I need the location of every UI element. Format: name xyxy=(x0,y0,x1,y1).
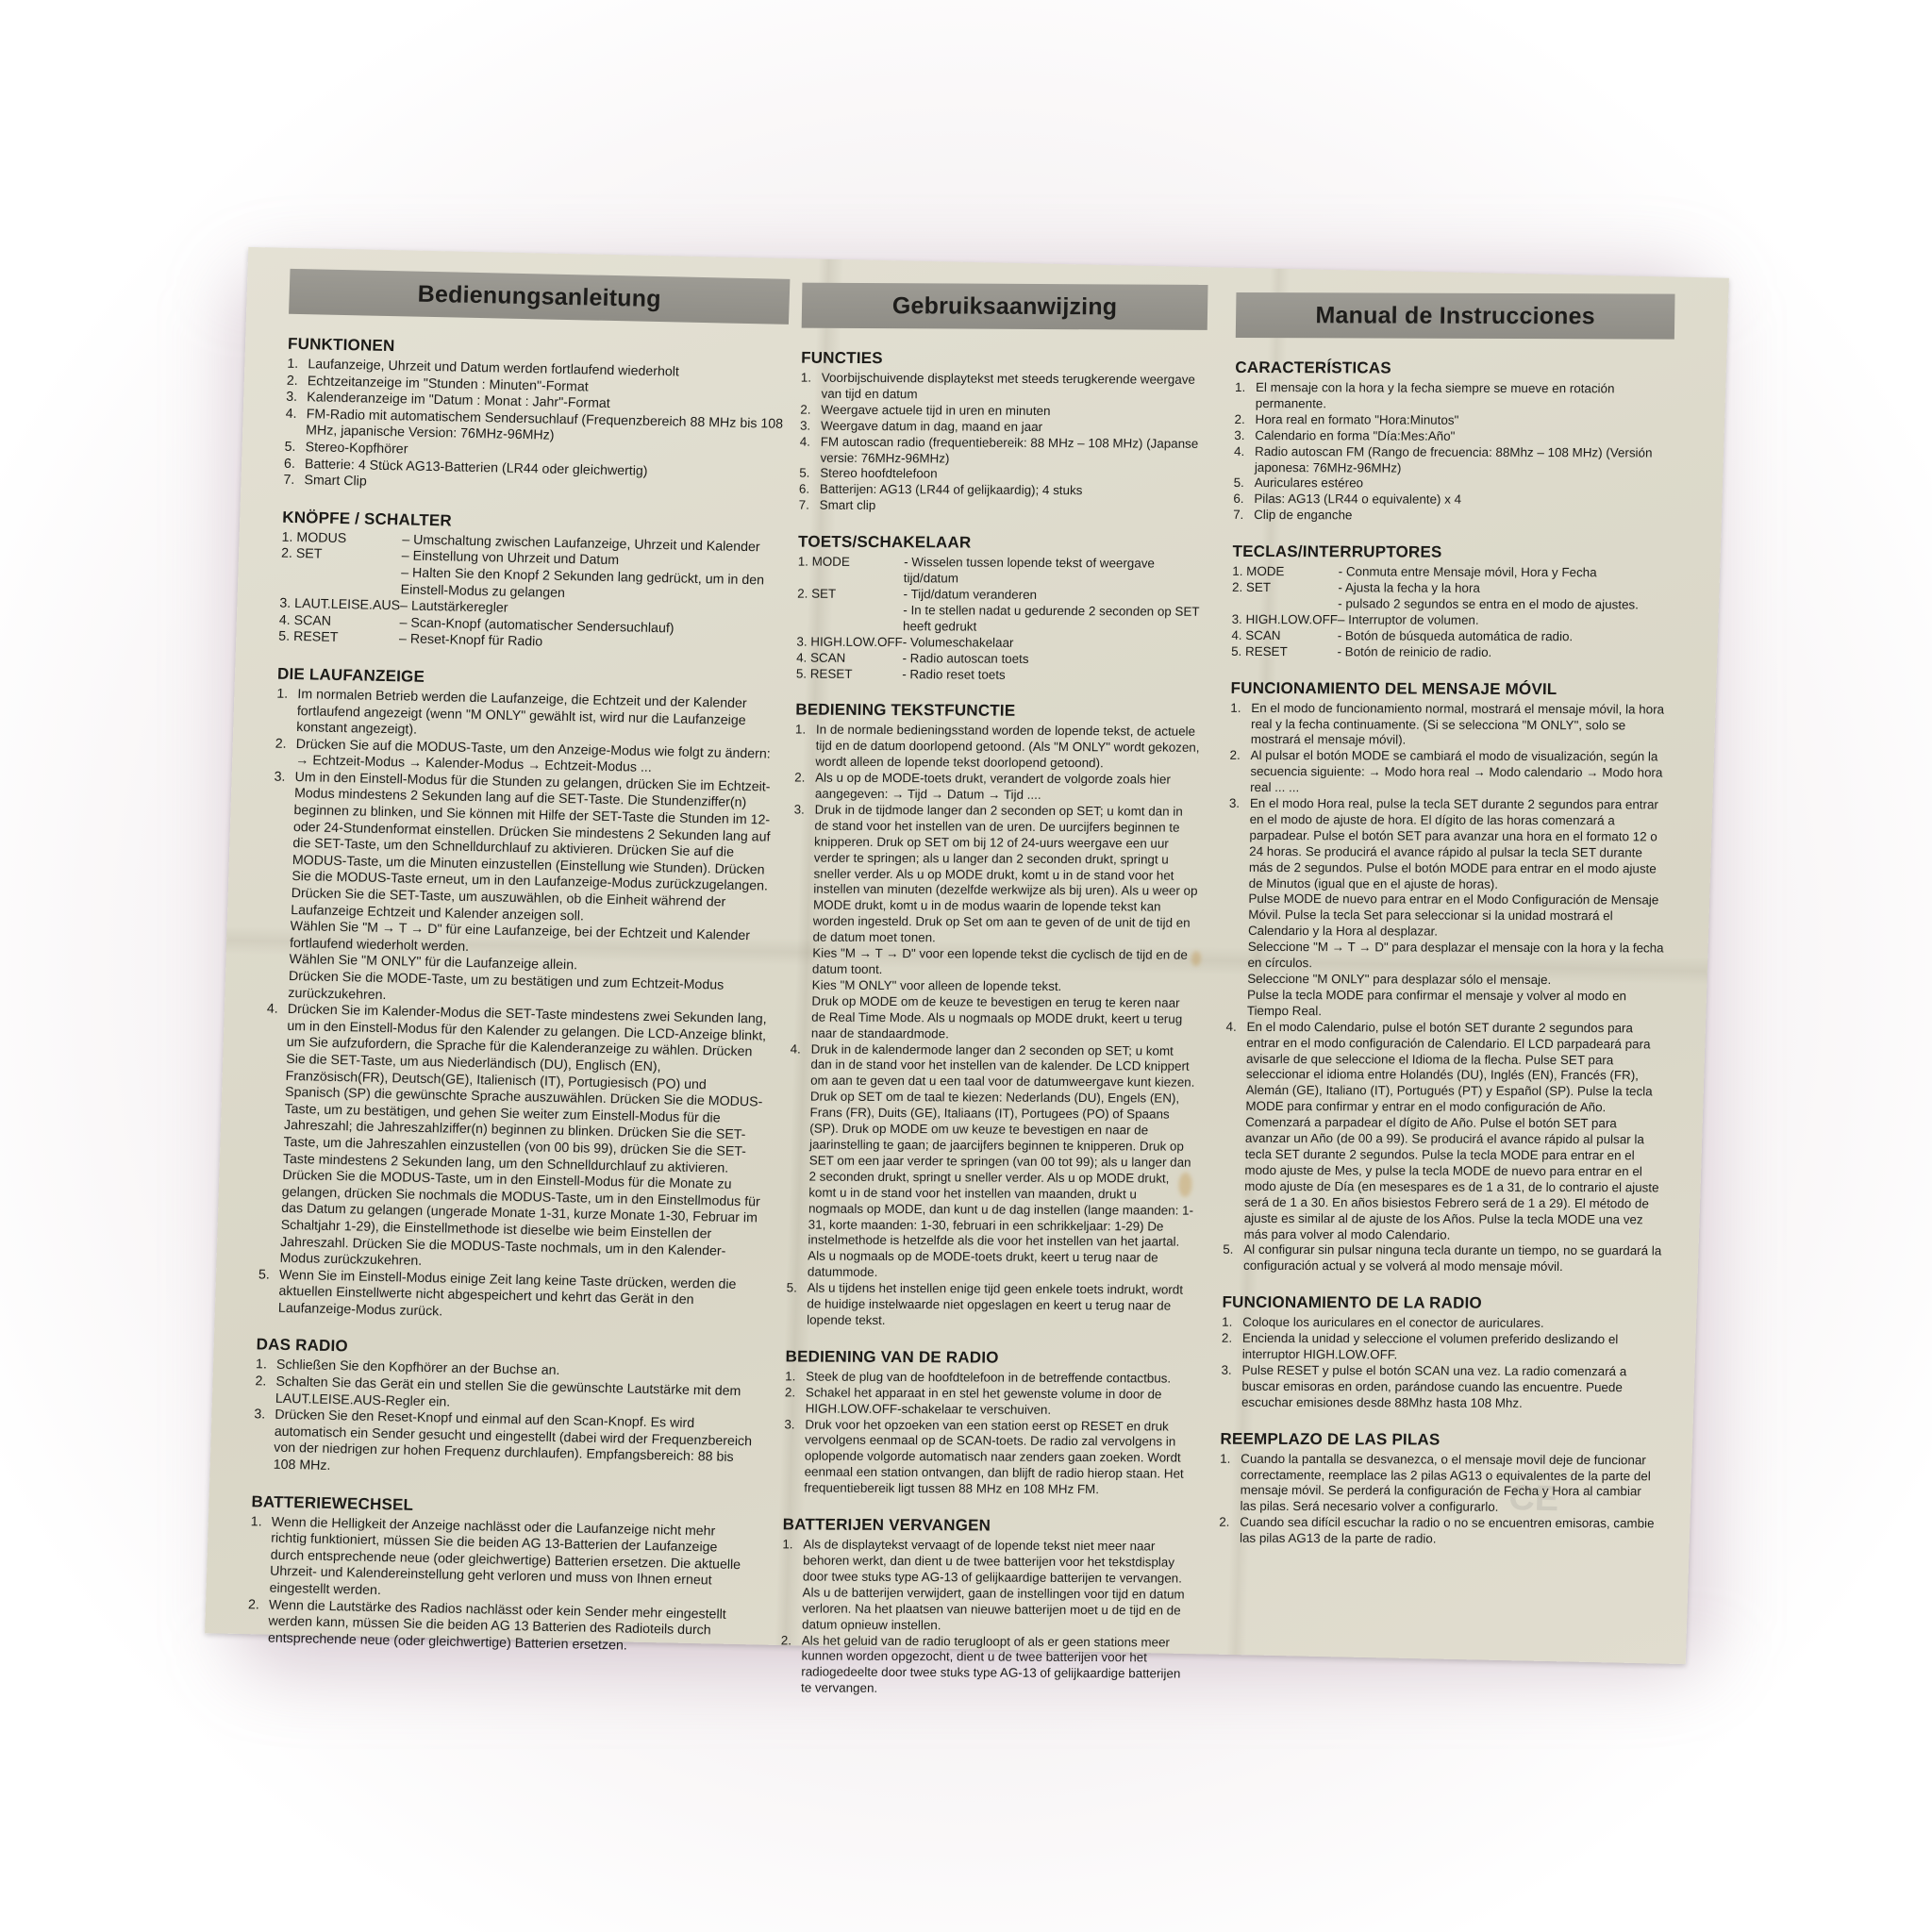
section: KNÖPFE / SCHALTER 1. MODUS – Umschaltung… xyxy=(278,508,782,656)
item-text: Batterijen: AG13 (LR44 of gelijkaardig);… xyxy=(820,482,1083,497)
item-number: 4. xyxy=(267,1002,278,1019)
item-text: Calendario en forma "Día:Mes:Año" xyxy=(1255,428,1455,443)
item-text: Radio autoscan FM (Rango de frecuencia: … xyxy=(1255,444,1653,475)
section: BATTERIJEN VERVANGEN 1. Als de displayte… xyxy=(780,1515,1189,1698)
item-text: Schakel het apparaat in en stel het gewe… xyxy=(806,1385,1162,1416)
item-text: Cuando sea difícil escuchar la radio o n… xyxy=(1240,1515,1655,1546)
column-dutch: Gebruiksaanwijzing FUNCTIES 1. Voorbijsc… xyxy=(780,283,1208,1718)
key-name: 5. RESET xyxy=(1231,644,1338,660)
section: TOETS/SCHAKELAAR 1. MODE - Wisselen tuss… xyxy=(796,533,1205,684)
item-number: 1. xyxy=(795,723,806,739)
item-number: 1. xyxy=(1220,1451,1230,1467)
item-text: El mensaje con la hora y la fecha siempr… xyxy=(1256,380,1615,410)
key-name: 3. LAUT.LEISE.AUS xyxy=(279,596,400,615)
key-description: - In te stellen nadat u gedurende 2 seco… xyxy=(903,603,1203,636)
section-heading: FUNCTIES xyxy=(801,349,1207,370)
item-number: 7. xyxy=(799,498,809,514)
key-row: 5. RESET - Botón de reinicio de radio. xyxy=(1231,644,1670,662)
item-number: 2. xyxy=(1222,1331,1232,1347)
item-text: In de normale bedieningsstand worden de … xyxy=(815,723,1199,770)
key-description: - Botón de búsqueda automática de radio. xyxy=(1338,628,1671,645)
item-number: 2. xyxy=(1219,1515,1229,1531)
key-row: 1. MODE - Conmuta entre Mensaje móvil, H… xyxy=(1232,564,1671,582)
section-heading: FUNCIONAMIENTO DE LA RADIO xyxy=(1222,1293,1660,1314)
item-subparagraph: Seleccione "M → T → D" para desplazar el… xyxy=(1247,940,1666,973)
key-name: 4. SCAN xyxy=(1231,628,1338,644)
section-heading: CARACTERÍSTICAS xyxy=(1235,358,1674,379)
key-description: - Volumeschakelaar xyxy=(903,635,1203,653)
key-name: 2. SET xyxy=(281,546,402,565)
item-text: Pilas: AG13 (LR44 o equivalente) x 4 xyxy=(1254,491,1461,507)
item-number: 3. xyxy=(1229,796,1240,812)
list-item: 2. Als het geluid van de radio terugloop… xyxy=(780,1633,1187,1699)
key-description: - Radio reset toets xyxy=(902,667,1202,685)
item-text: Als de displaytekst vervaagt of de lopen… xyxy=(802,1538,1185,1632)
item-number: 2. xyxy=(248,1597,259,1614)
item-text: Hora real en formato "Hora:Minutos" xyxy=(1255,412,1458,427)
item-text: En el modo Hora real, pulse la tecla SET… xyxy=(1249,796,1658,891)
item-text: Im normalen Betrieb werden die Laufanzei… xyxy=(296,687,747,738)
numbered-list: 1. Wenn die Helligkeit der Anzeige nachl… xyxy=(247,1514,751,1657)
item-text: Smart clip xyxy=(820,498,876,512)
item-number: 3. xyxy=(274,769,285,786)
key-description: - Botón de reinicio de radio. xyxy=(1337,644,1670,661)
key-row: - pulsado 2 segundos se entra en el modo… xyxy=(1232,596,1671,614)
section: DAS RADIO 1. Schließen Sie den Kopfhörer… xyxy=(252,1336,756,1484)
list-item: 1. Coloque los auriculares en el conecto… xyxy=(1222,1315,1660,1333)
item-number: 3. xyxy=(784,1417,794,1433)
key-name: 2. SET xyxy=(1232,580,1339,596)
item-number: 2. xyxy=(1229,748,1240,764)
key-row: 5. RESET - Radio reset toets xyxy=(796,666,1202,684)
list-item: 5. Auriculares estéreo xyxy=(1234,475,1673,493)
item-number: 5. xyxy=(799,466,809,482)
item-text: Drücken Sie den Reset-Knopf und einmal a… xyxy=(273,1407,752,1474)
numbered-list: 1. Schließen Sie den Kopfhörer an der Bu… xyxy=(252,1357,756,1484)
item-number: 1. xyxy=(251,1514,262,1531)
key-name: 3. HIGH.LOW.OFF xyxy=(796,634,903,650)
item-text: Encienda la unidad y seleccione el volum… xyxy=(1242,1331,1619,1361)
numbered-list: 1. Coloque los auriculares en el conecto… xyxy=(1221,1315,1660,1412)
item-number: 5. xyxy=(258,1267,270,1284)
list-item: 3. Um in den Einstell-Modus für die Stun… xyxy=(267,769,774,1011)
item-number: 5. xyxy=(284,440,295,457)
key-name: 5. RESET xyxy=(278,629,399,648)
item-number: 6. xyxy=(1233,491,1243,508)
numbered-list: 1. Cuando la pantalla se desvanezca, o e… xyxy=(1219,1451,1658,1548)
list-item: 2. Cuando sea difícil escuchar la radio … xyxy=(1219,1515,1658,1548)
item-text: Al configurar sin pulsar ninguna tecla d… xyxy=(1243,1242,1661,1274)
list-item: 2. Wenn die Lautstärke des Radios nachlä… xyxy=(247,1597,749,1657)
item-text: Pulse RESET y pulse el botón SCAN una ve… xyxy=(1241,1363,1626,1410)
key-name xyxy=(280,563,402,599)
item-text: Wenn Sie im Einstell-Modus einige Zeit l… xyxy=(278,1267,737,1319)
item-text: Voorbijschuivende displaytekst met steed… xyxy=(821,371,1195,401)
list-item: 2. Encienda la unidad y seleccione el vo… xyxy=(1222,1331,1661,1364)
item-text: Cuando la pantalla se desvanezca, o el m… xyxy=(1240,1451,1650,1514)
item-number: 1. xyxy=(1222,1315,1232,1331)
section: BEDIENING TEKSTFUNCTIE 1. In de normale … xyxy=(786,701,1202,1331)
list-item: 1. In de normale bedieningsstand worden … xyxy=(794,723,1201,773)
column-title: Bedienungsanleitung xyxy=(417,280,661,312)
list-item: 1. Voorbijschuivende displaytekst met st… xyxy=(800,371,1207,405)
column-spanish: Manual de Instrucciones CARACTERÍSTICAS … xyxy=(1219,292,1675,1567)
item-text: Als u tijdens het instellen enige tijd g… xyxy=(807,1281,1183,1327)
item-number: 1. xyxy=(1230,700,1241,716)
list-item: 5. Al configurar sin pulsar ninguna tecl… xyxy=(1223,1242,1662,1275)
item-text: Druk voor het opzoeken van een station e… xyxy=(804,1417,1184,1496)
numbered-list: 1. Steek de plug van de hoofdtelefoon in… xyxy=(783,1369,1191,1498)
item-number: 3. xyxy=(794,802,805,818)
list-item: 1. Cuando la pantalla se desvanezca, o e… xyxy=(1219,1451,1658,1516)
section: BEDIENING VAN DE RADIO 1. Steek de plug … xyxy=(783,1347,1191,1498)
section: TECLAS/INTERRUPTORES 1. MODE - Conmuta e… xyxy=(1231,542,1672,661)
list-item: 1. Als de displaytekst vervaagt of de lo… xyxy=(781,1537,1189,1635)
item-number: 1. xyxy=(801,371,811,387)
item-number: 2. xyxy=(1234,412,1244,428)
item-number: 4. xyxy=(1225,1020,1236,1036)
section: CARACTERÍSTICAS 1. El mensaje con la hor… xyxy=(1233,358,1674,525)
item-subparagraph: Seleccione "M ONLY" para desplazar sólo … xyxy=(1247,972,1665,989)
key-name: 5. RESET xyxy=(796,666,903,682)
column-german: Bedienungsanleitung FUNKTIONEN 1. Laufan… xyxy=(246,269,790,1676)
list-item: 7. Smart clip xyxy=(799,498,1205,516)
item-text: Steek de plug van de hoofdtelefoon in de… xyxy=(806,1369,1171,1385)
key-name: 1. MODE xyxy=(1232,564,1339,580)
item-number: 1. xyxy=(785,1369,795,1385)
list-item: 2. Als u op de MODE-toets drukt, verande… xyxy=(794,771,1201,805)
item-number: 1. xyxy=(276,687,288,704)
section-heading: FUNCIONAMIENTO DEL MENSAJE MÓVIL xyxy=(1230,678,1669,699)
key-description: - Ajusta la fecha y la hora xyxy=(1338,580,1671,597)
item-number: 5. xyxy=(1234,475,1244,491)
list-item: 3. Drücken Sie den Reset-Knopf und einma… xyxy=(252,1407,754,1484)
item-text: Als het geluid van de radio terugloopt o… xyxy=(801,1633,1181,1695)
item-number: 4. xyxy=(791,1041,801,1058)
item-text: Smart Clip xyxy=(304,473,367,489)
list-item: 3. Pulse RESET y pulse el botón SCAN una… xyxy=(1221,1363,1660,1412)
list-item: 2. Schakel het apparaat in en stel het g… xyxy=(785,1385,1191,1419)
section-heading: TECLAS/INTERRUPTORES xyxy=(1232,542,1671,563)
list-item: 1. En el modo de funcionamiento normal, … xyxy=(1230,700,1670,749)
item-number: 2. xyxy=(800,402,810,418)
key-table: 1. MODE - Conmuta entre Mensaje móvil, H… xyxy=(1231,564,1671,661)
item-number: 3. xyxy=(800,418,810,434)
item-number: 7. xyxy=(283,473,294,490)
numbered-list: 1. Als de displaytekst vervaagt of de lo… xyxy=(780,1537,1189,1698)
list-item: 6. Pilas: AG13 (LR44 o equivalente) x 4 xyxy=(1233,491,1672,509)
item-text: En el modo de funcionamiento normal, mos… xyxy=(1251,701,1664,747)
list-item: 2. Hora real en formato "Hora:Minutos" xyxy=(1234,412,1673,430)
instruction-leaflet: CE Bedienungsanleitung FUNKTIONEN 1. Lau… xyxy=(205,247,1729,1664)
section: FUNKTIONEN 1. Laufanzeige, Uhrzeit und D… xyxy=(283,335,788,500)
key-name: 3. HIGH.LOW.OFF xyxy=(1231,612,1338,628)
item-text: Clip de enganche xyxy=(1254,508,1352,522)
list-item: 4. En el modo Calendario, pulse el botón… xyxy=(1223,1020,1664,1244)
numbered-list: 1. In de normale bedieningsstand worden … xyxy=(786,723,1201,1331)
item-text: Al pulsar el botón MODE se cambiará el m… xyxy=(1250,748,1662,794)
section: FUNCTIES 1. Voorbijschuivende displaytek… xyxy=(799,349,1207,516)
section-heading: BEDIENING VAN DE RADIO xyxy=(785,1347,1191,1368)
list-item: 5. Wenn Sie im Einstell-Modus einige Zei… xyxy=(258,1267,759,1327)
numbered-list: 1. En el modo de funcionamiento normal, … xyxy=(1223,700,1670,1275)
item-number: 1. xyxy=(1235,380,1245,396)
item-number: 6. xyxy=(284,456,295,473)
item-number: 2. xyxy=(287,373,298,390)
section: DIE LAUFANZEIGE 1. Im normalen Betrieb w… xyxy=(258,665,778,1327)
item-text: Coloque los auriculares en el conector d… xyxy=(1242,1315,1544,1330)
section-heading: BATTERIJEN VERVANGEN xyxy=(783,1515,1189,1536)
list-item: 1. Wenn die Helligkeit der Anzeige nachl… xyxy=(248,1514,751,1607)
item-number: 3. xyxy=(1221,1363,1231,1379)
section: BATTERIEWECHSEL 1. Wenn die Helligkeit d… xyxy=(247,1492,752,1657)
item-text: Stereo-Kopfhörer xyxy=(305,440,408,457)
list-item: 4. Radio autoscan FM (Rango de frecuenci… xyxy=(1234,444,1674,477)
key-row: 2. SET - Ajusta la fecha y la hora xyxy=(1232,580,1671,598)
section-heading: BEDIENING TEKSTFUNCTIE xyxy=(795,701,1201,722)
section-heading: TOETS/SCHAKELAAR xyxy=(798,533,1204,554)
key-description: - pulsado 2 segundos se entra en el modo… xyxy=(1338,596,1671,613)
list-item: 7. Clip de enganche xyxy=(1233,508,1672,525)
item-subparagraph: Pulse la tecla MODE para confirmar el me… xyxy=(1247,988,1666,1021)
list-item: 3. Druk voor het opzoeken van een statio… xyxy=(783,1417,1190,1499)
key-description: - Radio autoscan toets xyxy=(902,651,1202,669)
numbered-list: 1. Laufanzeige, Uhrzeit und Datum werden… xyxy=(283,357,787,500)
item-text: Wenn die Lautstärke des Radios nachlässt… xyxy=(268,1597,726,1653)
key-row: 3. HIGH.LOW.OFF - Volumeschakelaar xyxy=(796,634,1202,652)
key-row: - In te stellen nadat u gedurende 2 seco… xyxy=(797,602,1204,636)
item-number: 1. xyxy=(782,1537,792,1553)
list-item: 3. Calendario en forma "Día:Mes:Año" xyxy=(1234,428,1673,446)
key-description: - Tijd/datum veranderen xyxy=(903,587,1203,605)
column-title-band: Gebruiksaanwijzing xyxy=(802,283,1208,330)
list-item: 4. Drücken Sie im Kalender-Modus die SET… xyxy=(258,1002,767,1277)
numbered-list: 1. El mensaje con la hora y la fecha sie… xyxy=(1233,380,1674,525)
key-table: 1. MODUS – Umschaltung zwischen Laufanze… xyxy=(278,529,782,656)
item-text: En el modo Calendario, pulse el botón SE… xyxy=(1243,1020,1658,1241)
list-item: 5. Als u tijdens het instellen enige tij… xyxy=(786,1281,1192,1331)
list-item: 4. Druk in de kalendermode langer dan 2 … xyxy=(787,1041,1196,1283)
item-number: 1. xyxy=(256,1357,267,1374)
key-name: 2. SET xyxy=(797,587,904,603)
list-item: 3. En el modo Hora real, pulse la tecla … xyxy=(1226,796,1668,1021)
key-row: 1. MODE - Wisselen tussen lopende tekst … xyxy=(797,555,1204,589)
item-text: FM autoscan radio (frequentiebereik: 88 … xyxy=(820,434,1198,465)
item-subparagraph: Pulse MODE de nuevo para entrar en el Mo… xyxy=(1248,891,1667,941)
item-text: Drücken Sie im Kalender-Modus die SET-Ta… xyxy=(279,1002,767,1269)
item-subparagraph: Druk op MODE om de keuze te bevestigen e… xyxy=(811,993,1197,1043)
item-number: 4. xyxy=(1234,444,1244,460)
item-number: 2. xyxy=(781,1633,791,1649)
item-number: 2. xyxy=(275,736,286,753)
numbered-list: 1. Voorbijschuivende displaytekst met st… xyxy=(799,371,1207,516)
list-item: 4. FM autoscan radio (frequentiebereik: … xyxy=(799,434,1206,468)
item-text: Um in den Einstell-Modus für die Stunden… xyxy=(291,770,771,924)
item-number: 5. xyxy=(787,1281,797,1297)
item-number: 2. xyxy=(255,1374,266,1391)
item-text: Weergave datum in dag, maand en jaar xyxy=(821,418,1042,433)
section: FUNCIONAMIENTO DE LA RADIO 1. Coloque lo… xyxy=(1221,1293,1661,1412)
item-text: Als u op de MODE-toets drukt, verandert … xyxy=(815,771,1171,802)
key-table: 1. MODE - Wisselen tussen lopende tekst … xyxy=(796,555,1204,684)
list-item: 3. Druk in de tijdmode langer dan 2 seco… xyxy=(791,802,1200,1043)
key-name: 1. MODE xyxy=(797,555,904,587)
column-title-band: Manual de Instrucciones xyxy=(1236,292,1675,340)
item-number: 1. xyxy=(287,357,298,374)
item-number: 3. xyxy=(254,1407,265,1424)
item-number: 4. xyxy=(800,434,810,450)
item-text: Weergave actuele tijd in uren en minuten xyxy=(821,403,1050,418)
key-name: 4. SCAN xyxy=(796,650,903,666)
item-text: Stereo hoofdtelefoon xyxy=(820,466,938,481)
column-title-band: Bedienungsanleitung xyxy=(289,269,790,325)
list-item: 2. Al pulsar el botón MODE se cambiará e… xyxy=(1229,748,1669,797)
item-text: Druk in de kalendermode langer dan 2 sec… xyxy=(808,1041,1195,1279)
item-text: Wenn die Helligkeit der Anzeige nachläss… xyxy=(269,1514,741,1598)
column-title: Gebruiksaanwijzing xyxy=(892,292,1118,321)
key-description: - Conmuta entre Mensaje móvil, Hora y Fe… xyxy=(1339,564,1672,581)
key-name xyxy=(1232,596,1339,612)
key-description: – Interruptor de volumen. xyxy=(1338,612,1671,629)
item-number: 2. xyxy=(785,1385,795,1401)
item-number: 3. xyxy=(1234,428,1244,444)
list-item: 1. El mensaje con la hora y la fecha sie… xyxy=(1235,380,1674,413)
item-number: 2. xyxy=(794,771,805,787)
column-title: Manual de Instrucciones xyxy=(1315,302,1595,330)
item-number: 7. xyxy=(1233,508,1243,524)
item-number: 3. xyxy=(286,390,297,407)
item-number: 4. xyxy=(285,407,296,424)
key-name xyxy=(797,602,904,634)
key-description: - Wisselen tussen lopende tekst of weerg… xyxy=(904,555,1204,588)
section: FUNCIONAMIENTO DEL MENSAJE MÓVIL 1. En e… xyxy=(1223,678,1670,1275)
item-subparagraph: Kies "M ONLY" voor alleen de lopende tek… xyxy=(812,978,1197,996)
item-number: 5. xyxy=(1223,1242,1233,1258)
key-row: 3. HIGH.LOW.OFF – Interruptor de volumen… xyxy=(1231,612,1670,630)
numbered-list: 1. Im normalen Betrieb werden die Laufan… xyxy=(258,687,777,1327)
section: REEMPLAZO DE LAS PILAS 1. Cuando la pant… xyxy=(1219,1429,1659,1548)
item-text: Auriculares estéreo xyxy=(1255,475,1364,490)
key-row: 4. SCAN - Botón de búsqueda automática d… xyxy=(1231,628,1670,646)
item-number: 6. xyxy=(799,482,809,498)
section-heading: REEMPLAZO DE LAS PILAS xyxy=(1220,1429,1658,1450)
item-subparagraph: Kies "M → T → D" voor een lopende tekst … xyxy=(812,946,1198,980)
item-text: Druk in de tijdmode langer dan 2 seconde… xyxy=(812,803,1197,945)
